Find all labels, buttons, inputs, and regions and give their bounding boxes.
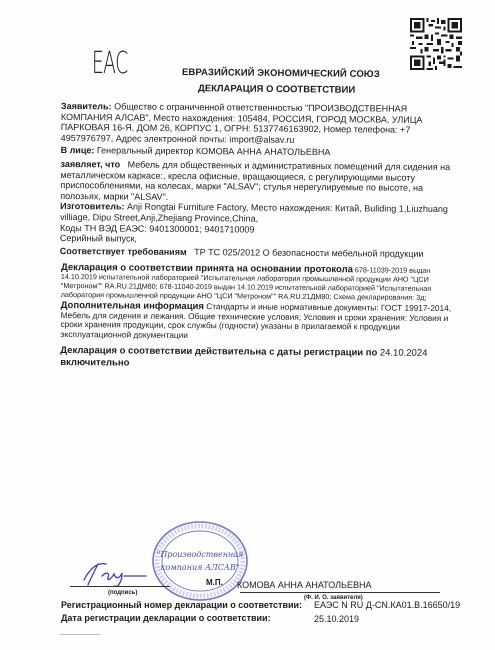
manufacturer-label: Изготовитель:: [60, 201, 124, 212]
union-title: ЕВРАЗИЙСКИЙ ЭКОНОМИЧЕСКИЙ СОЮЗ: [182, 67, 380, 80]
applicant-label: Заявитель:: [61, 101, 112, 111]
validity-date: 24.10.2024: [380, 348, 428, 359]
declaration-body: Заявитель: Общество с ограниченной ответ…: [60, 101, 453, 259]
validity-section: Декларация о соответствии действительна …: [60, 345, 452, 371]
stamp-place-label: М.П.: [206, 578, 223, 587]
declares-section: заявляет, что Мебель для общественных и …: [60, 159, 452, 204]
registration-date-value: 25.10.2019: [314, 614, 359, 624]
document-title: ДЕКЛАРАЦИЯ О СООТВЕТСТВИИ: [198, 83, 355, 96]
basis-block: Декларация о соответствии принята на осн…: [60, 263, 453, 372]
applicant-section: Заявитель: Общество с ограниченной ответ…: [61, 101, 453, 146]
registration-date-label: Дата регистрации декларации о соответств…: [61, 613, 271, 623]
applicant-text: Общество с ограниченной ответственностью…: [61, 101, 423, 144]
signature-line: [70, 586, 170, 587]
name-line: [240, 592, 440, 593]
registration-number-label: Регистрационный номер декларации о соотв…: [61, 600, 302, 610]
declares-label: заявляет, что: [60, 159, 120, 169]
additional-section: Дополнительная информация Стандарты и ин…: [60, 301, 452, 342]
represented-by-label: В лице:: [61, 145, 95, 155]
manufacturer-section: Изготовитель: Anji Rongtai Furniture Fac…: [60, 201, 452, 225]
bottom-divider: [60, 634, 100, 635]
complies-label: Соответствует требованиям: [60, 246, 187, 257]
basis-section: Декларация о соответствии принята на осн…: [61, 263, 453, 302]
complies-section: Соответствует требованиям ТР ТС 025/2012…: [60, 246, 452, 260]
complies-text: ТР ТС 025/2012 О безопасности мебельной …: [194, 247, 423, 259]
validity-suffix: включительно: [60, 357, 129, 369]
registration-number-value: ЕАЭС N RU Д-CN.КА01.В.16650/19: [314, 600, 460, 610]
eac-logo: ЕАС: [92, 46, 128, 81]
svg-text:"Производственная: "Производственная: [157, 550, 244, 559]
signature-icon: [76, 558, 166, 588]
signer-name: КОМОВА АННА АНАТОЛЬЕВНА: [237, 580, 371, 590]
signature-caption: (подпись): [108, 590, 137, 596]
qr-code-icon: [410, 18, 462, 70]
svg-text:компания АЛСАВ": компания АЛСАВ": [161, 563, 240, 572]
represented-by-text: Генеральный директор КОМОВА АННА АНАТОЛЬ…: [97, 146, 331, 158]
represented-by-section: В лице: Генеральный директор КОМОВА АННА…: [61, 145, 453, 159]
serial-release: Серийный выпуск,: [60, 233, 452, 247]
